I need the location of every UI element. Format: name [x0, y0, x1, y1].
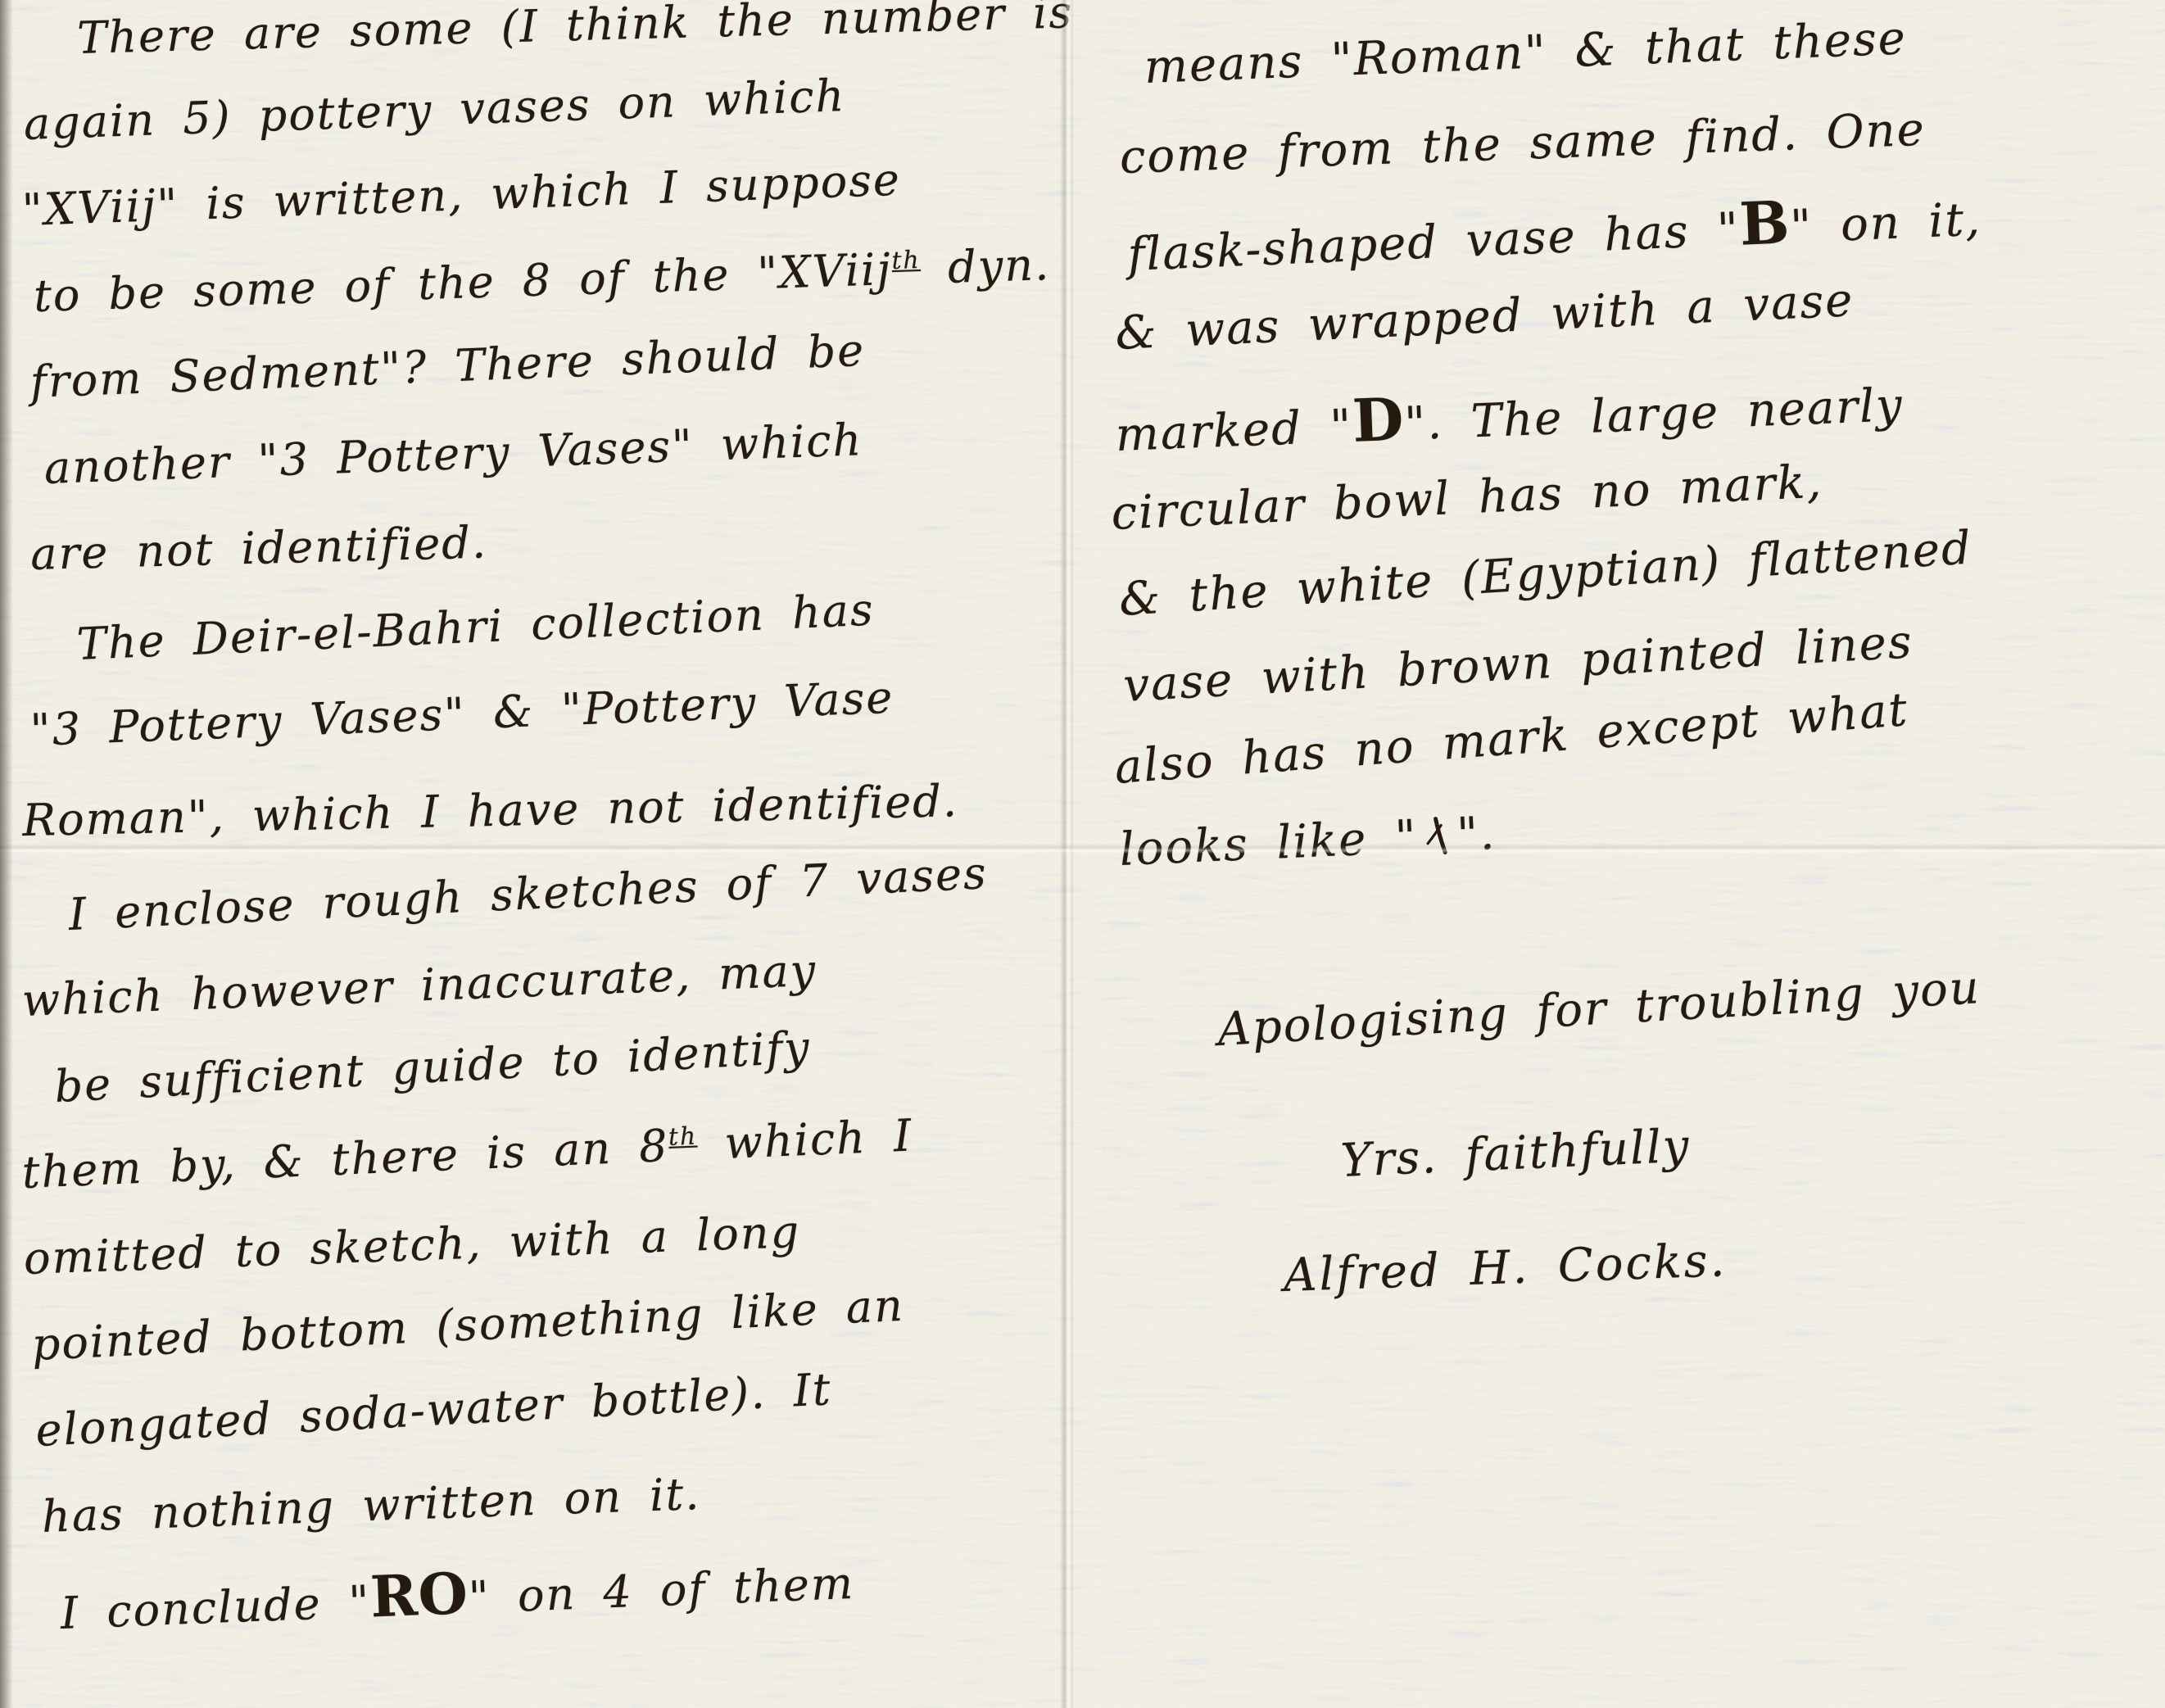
horizontal-fold-crease [0, 844, 2165, 854]
handwritten-line: I conclude "RO" on 4 of them [59, 1551, 855, 1638]
handwritten-line: & the white (Egyptian) flattened [1118, 525, 1974, 623]
closing-line: Apologising for troubling you [1216, 965, 1982, 1053]
handwritten-line: pointed bottom (something like an [31, 1284, 905, 1367]
handwritten-line: again 5) pottery vases on which [23, 74, 846, 147]
handwritten-line: marked "D". The large nearly [1114, 371, 1904, 460]
handwritten-line: has nothing written on it. [41, 1472, 701, 1539]
handwritten-line: looks like "". [1119, 811, 1497, 873]
line-text: marked " [1115, 400, 1354, 462]
handwritten-line: which however inaccurate, may [21, 949, 818, 1023]
handwritten-line: to be some of the 8 of the "XViijth dyn. [33, 242, 1051, 319]
handwritten-line: be sufficient guide to identify [53, 1026, 812, 1109]
letter-spread: There are some (I think the number is ag… [0, 0, 2165, 1708]
handwritten-line: are not identified. [30, 520, 488, 577]
handwritten-line: Roman", which I have not identified. [22, 779, 959, 843]
vase-mark-RO: RO [369, 1561, 470, 1631]
line-text: ". The large nearly [1403, 378, 1905, 451]
line-text: them by, & there is an 8 [21, 1120, 670, 1198]
handwritten-line: There are some (I think the number is [77, 0, 1074, 61]
handwritten-line: means "Roman" & that these [1144, 16, 1908, 91]
handwritten-line: I enclose rough sketches of 7 vases [68, 851, 989, 937]
center-fold-crease [1060, 0, 1073, 1708]
superscript-th: th [891, 246, 921, 275]
scan-left-edge-shadow [0, 0, 13, 1708]
handwritten-line: "3 Pottery Vases" & "Pottery Vase [29, 676, 895, 753]
line-text: which I [696, 1109, 913, 1170]
handwritten-line: circular bowl has no mark, [1110, 460, 1823, 537]
letter-page-right: means "Roman" & that these come from the… [1071, 0, 2165, 1708]
handwritten-line: omitted to sketch, with a long [23, 1210, 801, 1281]
line-text: flask-shaped vase has " [1126, 203, 1741, 282]
handwritten-line: them by, & there is an 8th which I [21, 1113, 914, 1195]
line-text: dyn. [920, 238, 1051, 294]
handwritten-line: & was wrapped with a vase [1114, 278, 1855, 357]
letter-page-left: There are some (I think the number is ag… [0, 0, 1071, 1708]
handwritten-line: come from the same find. One [1119, 107, 1927, 181]
handwritten-line: The Deir-el-Bahri collection has [76, 588, 876, 667]
line-text: " on it, [1789, 193, 1982, 254]
handwritten-line: from Sedment"? There should be [29, 328, 866, 405]
line-text: I conclude " [60, 1576, 372, 1639]
valediction-line: Yrs. faithfully [1340, 1123, 1692, 1185]
signature: Alfred H. Cocks. [1283, 1238, 1728, 1299]
line-text: " on 4 of them [468, 1557, 855, 1624]
vase-mark-D: D [1352, 385, 1406, 455]
handwritten-line: flask-shaped vase has "B" on it, [1126, 185, 1982, 279]
line-text: to be some of the 8 of the "XViij [33, 243, 893, 322]
handwritten-line: another "3 Pottery Vases" which [43, 418, 863, 491]
handwritten-line: "XViij" is written, which I suppose [21, 158, 902, 233]
vase-mark-B: B [1738, 188, 1791, 259]
superscript-th: th [668, 1121, 697, 1151]
handwritten-line: elongated soda-water bottle). It [34, 1367, 833, 1453]
